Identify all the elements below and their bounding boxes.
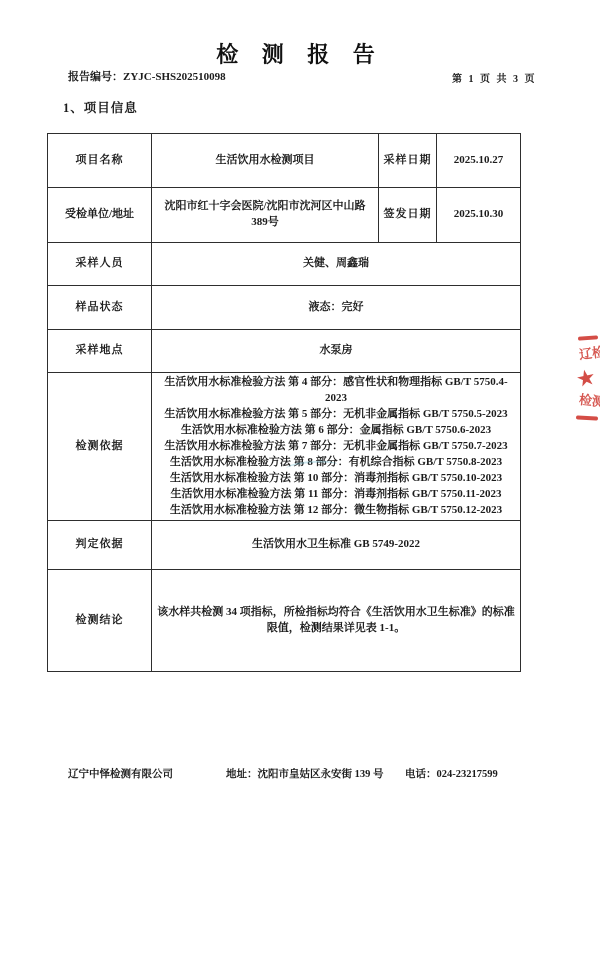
section-title-project-info: 1、项目信息 xyxy=(63,98,138,116)
row-label: 检测结论 xyxy=(48,570,152,672)
row-label: 判定依据 xyxy=(48,521,152,570)
basis-line: 生活饮用水标准检验方法 第 4 部分：感官性状和物理指标 GB/T 5750.4… xyxy=(156,375,516,407)
row-value: 沈阳市红十字会医院/沈阳市沈河区中山路 389号 xyxy=(152,188,379,243)
table-row: 判定依据 生活饮用水卫生标准 GB 5749-2022 xyxy=(48,521,521,570)
page-title: 检 测 报 告 xyxy=(0,38,600,69)
basis-line: 生活饮用水标准检验方法 第 12 部分：微生物指标 GB/T 5750.12-2… xyxy=(156,503,516,519)
row-label: 受检单位/地址 xyxy=(48,188,152,243)
company-name: 辽宁中怿检测有限公司 xyxy=(68,766,173,781)
row-label: 检测依据 xyxy=(48,373,152,521)
basis-line: 生活饮用水标准检验方法 第 11 部分：消毒剂指标 GB/T 5750.11-2… xyxy=(156,487,516,503)
row-value: 生活饮用水检测项目 xyxy=(152,134,379,188)
table-row: 样品状态 液态：完好 xyxy=(48,286,521,330)
table-row: 采样人员 关健、周鑫瑞 xyxy=(48,243,521,286)
report-number: 报告编号：ZYJC-SHS202510098 xyxy=(68,68,226,84)
row-value: 生活饮用水卫生标准 GB 5749-2022 xyxy=(152,521,521,570)
basis-line: 生活饮用水标准检验方法 第 7 部分：无机非金属指标 GB/T 5750.7-2… xyxy=(156,439,516,455)
table-row: 采样地点 水泵房 xyxy=(48,330,521,373)
project-info-table: 项目名称 生活饮用水检测项目 采样日期 2025.10.27 受检单位/地址 沈… xyxy=(47,133,521,672)
seal-text-fragment: 检测 xyxy=(578,392,600,409)
page-indicator: 第 1 页 共 3 页 xyxy=(452,70,537,85)
seal-arc-top xyxy=(578,335,598,340)
row-label: 采样地点 xyxy=(48,330,152,373)
row-value-basis: 生活饮用水标准检验方法 第 4 部分：感官性状和物理指标 GB/T 5750.4… xyxy=(152,373,521,521)
seal-arc-bottom xyxy=(576,415,598,420)
seal-text-fragment: 辽检 xyxy=(578,345,600,363)
row-label: 签发日期 xyxy=(379,188,437,243)
row-label: 采样日期 xyxy=(379,134,437,188)
table-row: 检测结论 该水样共检测 34 项指标，所检指标均符合《生活饮用水卫生标准》的标准… xyxy=(48,570,521,672)
official-seal-partial: 辽检 ★ 检测 xyxy=(570,334,600,462)
star-icon: ★ xyxy=(574,365,600,392)
basis-line: 生活饮用水标准检验方法 第 5 部分：无机非金属指标 GB/T 5750.5-2… xyxy=(156,407,516,423)
row-label: 样品状态 xyxy=(48,286,152,330)
table-row: 检测依据 生活饮用水标准检验方法 第 4 部分：感官性状和物理指标 GB/T 5… xyxy=(48,373,521,521)
row-value: 液态：完好 xyxy=(152,286,521,330)
row-value: 2025.10.27 xyxy=(437,134,521,188)
row-value-conclusion: 该水样共检测 34 项指标，所检指标均符合《生活饮用水卫生标准》的标准限值，检测… xyxy=(152,570,521,672)
basis-line: 生活饮用水标准检验方法 第 6 部分：金属指标 GB/T 5750.6-2023 xyxy=(156,423,516,439)
row-value: 关健、周鑫瑞 xyxy=(152,243,521,286)
row-value: 水泵房 xyxy=(152,330,521,373)
basis-line: 生活饮用水标准检验方法 第 10 部分：消毒剂指标 GB/T 5750.10-2… xyxy=(156,471,516,487)
row-value: 2025.10.30 xyxy=(437,188,521,243)
company-phone: 电话：024-23217599 xyxy=(405,766,498,781)
row-label: 采样人员 xyxy=(48,243,152,286)
table-row: 项目名称 生活饮用水检测项目 采样日期 2025.10.27 xyxy=(48,134,521,188)
company-address: 地址：沈阳市皇姑区永安街 139 号 xyxy=(226,766,384,781)
row-label: 项目名称 xyxy=(48,134,152,188)
table-row: 受检单位/地址 沈阳市红十字会医院/沈阳市沈河区中山路 389号 签发日期 20… xyxy=(48,188,521,243)
